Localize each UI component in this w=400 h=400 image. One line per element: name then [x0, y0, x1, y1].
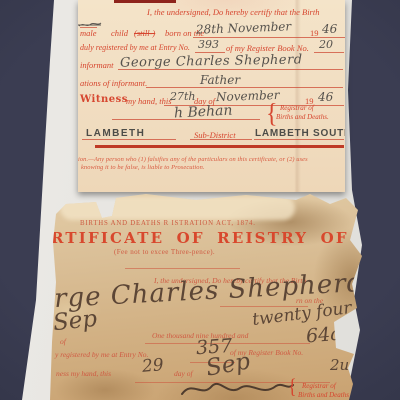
entry-text-a-2: y registered by me at Entry No. — [55, 350, 148, 359]
month-handwritten: Sep — [52, 306, 99, 336]
relation-handwritten: Father — [200, 73, 240, 87]
witness-word: Witness — [80, 94, 128, 105]
book-no-handwritten: 20 — [319, 38, 333, 51]
informant-handwritten: George Charles Shepherd — [120, 52, 303, 70]
registrar-label2-line2: Births and Deaths — [298, 391, 349, 399]
informant-label: informant — [80, 60, 114, 70]
brace-glyph-2: { — [288, 374, 297, 398]
relation-label: ations of informant. — [80, 78, 147, 88]
caution-line-1: ion.—Any person who (1) falsifies any of… — [78, 156, 308, 163]
bottom-certificate: BIRTHS AND DEATHS R ISTRATION ACT, 1874.… — [50, 192, 362, 400]
entry-text-a: duly registered by me at Entry No. — [80, 43, 190, 52]
caution-line-2: knowing it to be false, is liable to Pro… — [81, 164, 205, 171]
registrar-label2-line1: Registrar of — [302, 382, 336, 390]
top-certificate: I, the undersigned, Do hereby certify th… — [78, 0, 345, 192]
witness-year-handwritten: 46 — [318, 90, 333, 104]
rule — [314, 52, 344, 53]
sex-word: male — [80, 27, 97, 38]
of-label: of — [60, 337, 66, 346]
witness-day-handwritten: 27th — [170, 90, 196, 103]
witness-text-b-2: day of — [174, 369, 193, 378]
witness-day-handwritten-2: 29 — [141, 355, 164, 377]
rule — [146, 87, 343, 88]
registrar-label-line1: Registrar of — [280, 104, 314, 112]
certificate-title: RTIFICATE OF REISTRY OF BIRTH. — [51, 229, 362, 247]
registrar-label-line2: Births and Deaths. — [276, 113, 329, 121]
fee-line: (Fee not to excee Three-pence). — [114, 248, 215, 256]
thick-red-rule — [95, 145, 344, 148]
year-handwritten: 46 — [322, 22, 337, 36]
sub-district-stamp: LAMBETH SOUTH — [255, 128, 345, 139]
rule — [190, 139, 252, 140]
photograph-of-certificates: I, the undersigned, Do hereby certify th… — [0, 0, 400, 400]
still-word-struck: (still-) — [134, 28, 155, 38]
extra-handwritten-mark: 2u — [330, 356, 349, 374]
signature-scrawl — [178, 378, 296, 400]
red-header-bar-fragment — [114, 0, 176, 3]
witness-text-a-2: ness my hand, this — [56, 369, 111, 378]
rule — [254, 139, 344, 140]
rule — [112, 119, 260, 120]
rule — [125, 268, 240, 269]
act-line: BIRTHS AND DEATHS R ISTRATION ACT, 1874. — [80, 220, 256, 227]
child-text-a: child — [111, 28, 128, 38]
certify-line: I, the undersigned, Do hereby certify th… — [147, 7, 319, 17]
rule — [82, 139, 176, 140]
birth-date-handwritten: 28th November — [196, 19, 292, 36]
rule — [118, 69, 343, 70]
district-stamp: LAMBETH — [86, 128, 145, 139]
entry-no-handwritten: 393 — [198, 38, 219, 51]
